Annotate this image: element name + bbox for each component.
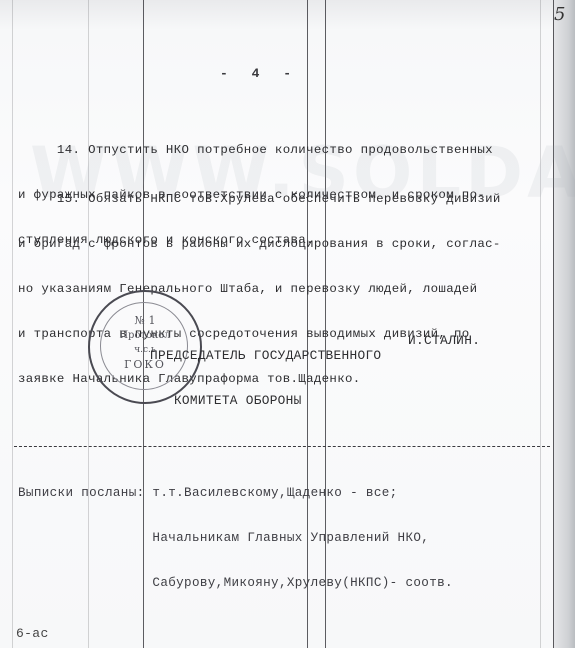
signature-block: ПРЕДСЕДАТЕЛЬ ГОСУДАРСТВЕННОГО КОМИТЕТА О… <box>150 318 381 438</box>
scanned-document-page: WWW.SOLDAT.RU 5 - 4 - 14. Отпустить НКО … <box>0 0 575 648</box>
text-line: но указаниям Генерального Штаба, и перев… <box>18 282 501 297</box>
text-line: и бригад с фронтов в районы их дислоциро… <box>18 237 501 252</box>
scan-line <box>12 0 13 648</box>
text-line: Выписки посланы: т.т.Василевскому,Щаденк… <box>18 486 453 501</box>
folio-number: 5 <box>554 4 565 25</box>
text-line: Сабурову,Микояну,Хрулеву(НКПС)- соотв. <box>18 576 453 591</box>
distribution-list: Выписки посланы: т.т.Василевскому,Щаденк… <box>18 456 453 621</box>
fold-line <box>553 0 554 648</box>
typist-code: 6-ас <box>16 626 49 641</box>
text-line: 14. Отпустить НКО потребное количество п… <box>18 143 493 158</box>
signatory-title: КОМИТЕТА ОБОРОНЫ <box>150 393 381 408</box>
page-edge-shadow <box>553 0 575 648</box>
signatory-title: ПРЕДСЕДАТЕЛЬ ГОСУДАРСТВЕННОГО <box>150 348 381 363</box>
signatory-name: И.СТАЛИН. <box>408 333 480 348</box>
scan-line <box>540 0 541 648</box>
text-line: Начальникам Главных Управлений НКО, <box>18 531 453 546</box>
text-line: 15. Обязать НКПС тов.Хрулева обеспечить … <box>18 192 501 207</box>
page-number: - 4 - <box>220 66 291 81</box>
separator-line <box>14 446 550 447</box>
